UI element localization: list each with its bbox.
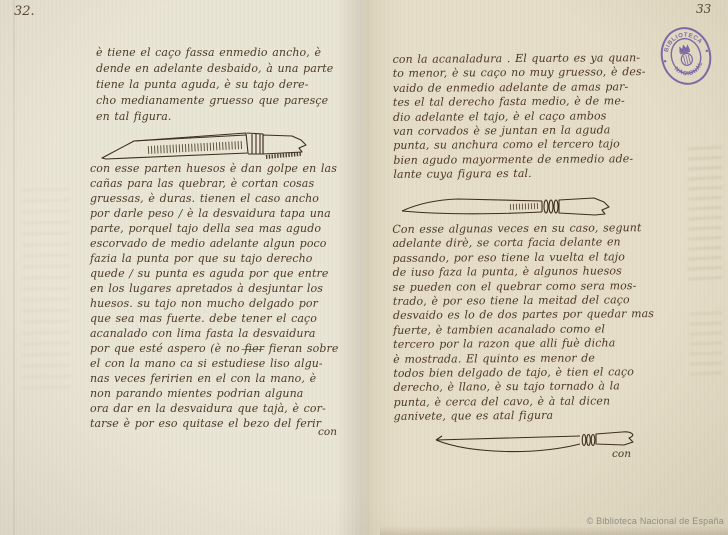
manuscript-line: en los lugares apretados à desjuntar los xyxy=(90,281,339,296)
manuscript-line: punta, su anchura como el tercero tajo xyxy=(393,138,646,154)
manuscript-line: ganivete, que es atal figura xyxy=(394,408,655,424)
manuscript-line: gruessas, è duras. tienen el caso ancho xyxy=(90,191,339,206)
manuscript-line: non parando mientes podrian alguna xyxy=(90,386,339,401)
manuscript-line: dende en adelante desbaido, à una parte xyxy=(96,61,333,77)
page-bottom-edge-shadow xyxy=(380,526,728,535)
manuscript-line: to menor, è su caço no muy gruesso, è de… xyxy=(393,66,646,82)
manuscript-line: de iuso faza la punta, è algunos huesos xyxy=(393,264,654,280)
manuscript-line: por darle peso / è la desvaidura tapa un… xyxy=(90,206,339,221)
slender-knife-illustration xyxy=(396,191,626,225)
catchword-left: con xyxy=(318,426,337,438)
manuscript-line: tercero por la razon que alli fuè dicha xyxy=(393,336,654,352)
right-paragraph-1: con la acanaladura . El quarto es ya qua… xyxy=(393,51,647,182)
manuscript-line: cho medianamente gruesso que paresçe xyxy=(96,93,333,109)
manuscript-line: acanalado con lima fasta la desvaidura xyxy=(90,326,339,341)
manuscript-line: nas veces feririen en el con la mano, è xyxy=(90,371,339,386)
manuscript-line: con esse parten huesos è dan golpe en la… xyxy=(90,161,339,176)
manuscript-line: tarse è por eso quitase el bezo del feri… xyxy=(90,416,339,431)
manuscript-line: adelante dirè, se corta facia delante en xyxy=(392,235,653,251)
manuscript-line: tiene la punta aguda, è su tajo dere- xyxy=(96,77,333,93)
copyright-notice: © Biblioteca Nacional de España xyxy=(587,516,724,526)
manuscript-line: cañas para las quebrar, è cortan cosas xyxy=(90,176,339,191)
left-paragraph-2: con esse parten huesos è dan golpe en la… xyxy=(90,161,339,431)
manuscript-line: quede / su punta es aguda por que entre xyxy=(90,266,339,281)
manuscript-line: bien agudo mayormente de enmedio ade- xyxy=(393,152,646,168)
manuscript-line: en tal figura. xyxy=(96,109,333,125)
left-fold-line xyxy=(13,0,15,535)
manuscript-line: el con la mano ca si estudiese liso algu… xyxy=(90,356,339,371)
page-number-32: 32. xyxy=(14,4,35,19)
manuscript-line: ora dar en la desvaidura que tajà, è cor… xyxy=(90,401,339,416)
manuscript-line: por que esté aspero (è no f̶i̶e̶r̶ fiera… xyxy=(90,341,339,356)
manuscript-line: derecho, è llano, è su tajo tornado à la xyxy=(393,380,654,396)
page-number-33: 33 xyxy=(696,2,711,16)
crown-emblem-icon xyxy=(678,44,694,67)
catchword-right: con xyxy=(612,448,631,460)
manuscript-line: tes el tal derecho fasta medio, è de me- xyxy=(393,94,646,110)
manuscript-line: fazia la punta por que su tajo derecho xyxy=(90,251,339,266)
manuscript-line: lante cuya figura es tal. xyxy=(393,166,646,182)
right-paragraph-2: Con esse algunas veces en su caso, segun… xyxy=(392,221,654,425)
manuscript-line: que sea mas fuerte. debe tener el caço xyxy=(90,311,339,326)
manuscript-line: è tiene el caço fassa enmedio ancho, è xyxy=(96,45,333,61)
manuscript-line: desvaido es lo de dos partes por quedar … xyxy=(393,308,654,324)
manuscript-line: huesos. su tajo non mucho delgado por xyxy=(90,296,339,311)
manuscript-line: parte, porquel tajo della sea mas agudo xyxy=(90,221,339,236)
manuscript-line: escorvado de medio adelante algun poco xyxy=(90,236,339,251)
manuscript-scan: 32. 33 BIBLIOTECA NACIONAL è tiene el ca… xyxy=(0,0,728,535)
left-paragraph-1: è tiene el caço fassa enmedio ancho, ède… xyxy=(96,45,333,125)
